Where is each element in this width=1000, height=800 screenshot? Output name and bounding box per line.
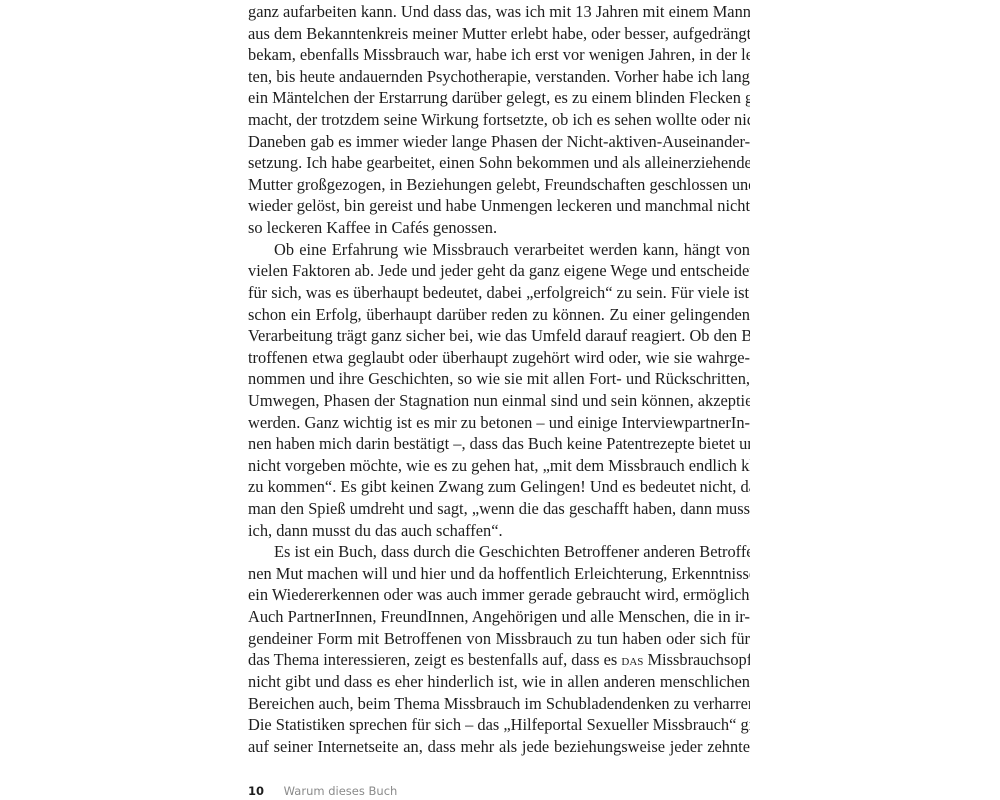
text-line: für sich, was es überhaupt bedeutet, dab… xyxy=(248,282,750,304)
text-line: Auch PartnerInnen, FreundInnen, Angehöri… xyxy=(248,606,750,628)
running-head: Warum dieses Buch xyxy=(284,784,398,798)
text-line: Umwegen, Phasen der Stagnation nun einma… xyxy=(248,390,750,412)
text-line: troffenen etwa geglaubt oder überhaupt z… xyxy=(248,347,750,369)
text-line: Daneben gab es immer wieder lange Phasen… xyxy=(248,131,750,153)
text-line: man den Spieß umdreht und sagt, „wenn di… xyxy=(248,498,750,520)
page-number: 10 xyxy=(248,784,264,798)
text-line: vielen Faktoren ab. Jede und jeder geht … xyxy=(248,260,750,282)
text-line: Verarbeitung trägt ganz sicher bei, wie … xyxy=(248,325,750,347)
text-line: aus dem Bekanntenkreis meiner Mutter erl… xyxy=(248,23,750,45)
text-line: macht, der trotzdem seine Wirkung fortse… xyxy=(248,109,750,131)
book-page: ganz aufarbeiten kann. Und dass das, was… xyxy=(248,0,750,800)
text-line: ich, dann musst du das auch schaffen“. xyxy=(248,520,750,542)
body-text: ganz aufarbeiten kann. Und dass das, was… xyxy=(248,1,750,757)
text-line: setzung. Ich habe gearbeitet, einen Sohn… xyxy=(248,152,750,174)
text-line: nicht gibt und dass es eher hinderlich i… xyxy=(248,671,750,693)
text-line: schon ein Erfolg, überhaupt darüber rede… xyxy=(248,304,750,326)
text-line: nen haben mich darin bestätigt –, dass d… xyxy=(248,433,750,455)
text-line: nen Mut machen will und hier und da hoff… xyxy=(248,563,750,585)
text-line: nommen und ihre Geschichten, so wie sie … xyxy=(248,368,750,390)
text-line: das Thema interessieren, zeigt es besten… xyxy=(248,649,750,671)
text-line: wieder gelöst, bin gereist und habe Unme… xyxy=(248,195,750,217)
text-line: ein Wiedererkennen oder was auch immer g… xyxy=(248,584,750,606)
page-footer: 10 Warum dieses Buch xyxy=(248,784,397,798)
text-line: bekam, ebenfalls Missbrauch war, habe ic… xyxy=(248,44,750,66)
text-line: Die Statistiken sprechen für sich – das … xyxy=(248,714,750,736)
text-line: ein Mäntelchen der Erstarrung darüber ge… xyxy=(248,87,750,109)
emphasized-word: das xyxy=(621,650,643,669)
text-line: gendeiner Form mit Betroffenen von Missb… xyxy=(248,628,750,650)
text-line: auf seiner Internetseite an, dass mehr a… xyxy=(248,736,750,758)
text-line: werden. Ganz wichtig ist es mir zu beton… xyxy=(248,412,750,434)
text-line: Bereichen auch, beim Thema Missbrauch im… xyxy=(248,693,750,715)
text-line: ten, bis heute andauernden Psychotherapi… xyxy=(248,66,750,88)
text-line: Es ist ein Buch, dass durch die Geschich… xyxy=(248,541,750,563)
text-line: ganz aufarbeiten kann. Und dass das, was… xyxy=(248,1,750,23)
text-line: zu kommen“. Es gibt keinen Zwang zum Gel… xyxy=(248,476,750,498)
text-line: nicht vorgeben möchte, wie es zu gehen h… xyxy=(248,455,750,477)
text-line: Mutter großgezogen, in Beziehungen geleb… xyxy=(248,174,750,196)
text-line: so leckeren Kaffee in Cafés genossen. xyxy=(248,217,750,239)
text-line: Ob eine Erfahrung wie Missbrauch verarbe… xyxy=(248,239,750,261)
